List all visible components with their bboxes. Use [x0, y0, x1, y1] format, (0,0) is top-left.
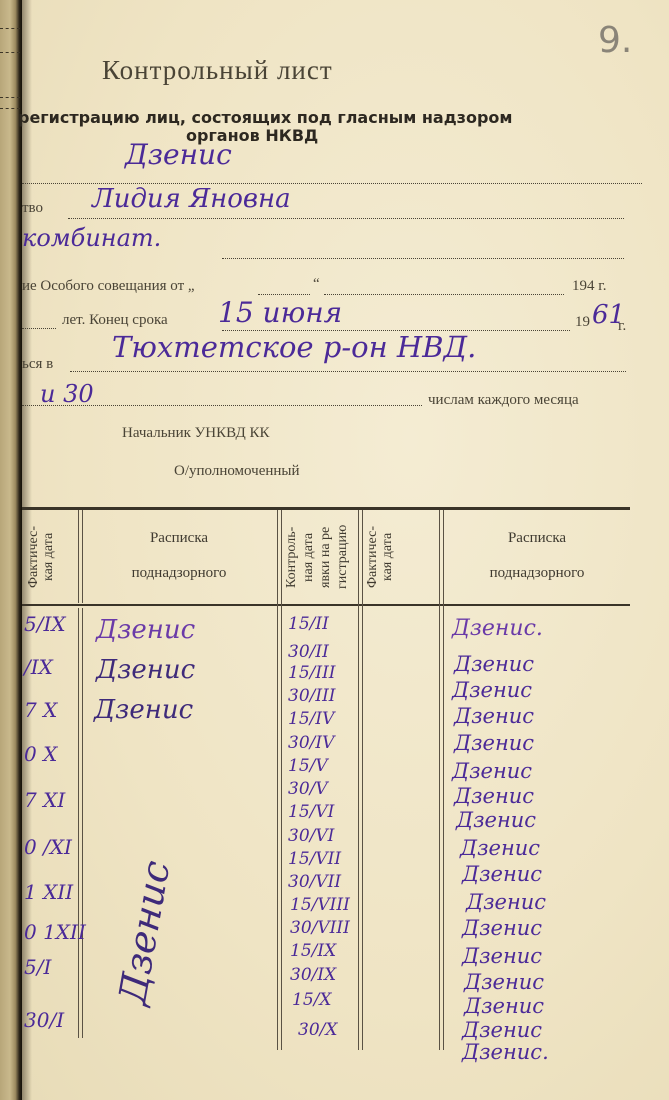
signature-cell: Дзенис	[464, 994, 544, 1018]
signature-cell: Дзенис	[464, 970, 544, 994]
header-control-date: Контроль- ная дата явки на ре гистрацию	[283, 512, 355, 602]
actual-date-cell: 30/I	[24, 1008, 64, 1032]
actual-date-cell: 0 /XI	[24, 835, 72, 859]
control-date-cell: 15/X	[292, 990, 331, 1010]
actual-date-cell: 0 X	[24, 742, 57, 766]
osoboe-month-line	[324, 294, 564, 295]
control-date-cell: 30/II	[288, 642, 329, 662]
name-label: тво	[22, 200, 43, 217]
osoboe-label: ие Особого совещания от „	[22, 278, 195, 295]
signature-cell: Дзенис	[460, 836, 540, 860]
signature-cell: Дзенис	[462, 1018, 542, 1042]
column-divider	[78, 608, 83, 1038]
header-actual-date-2: Фактичес- кая дата	[365, 512, 435, 602]
osoboe-quote-close: “	[313, 276, 320, 293]
header-receipt-1-line-1: Расписка	[82, 521, 276, 555]
register-line	[70, 371, 626, 372]
signature-cell: Дзенис	[452, 678, 532, 702]
control-date-cell: 15/VI	[288, 802, 334, 822]
page-number: 9.	[598, 20, 632, 61]
workplace-line	[222, 258, 624, 259]
name-value: Лидия Яновна	[92, 184, 291, 214]
signature-cell: Дзенис	[454, 704, 534, 728]
signature-cell: Дзенис.	[452, 616, 543, 641]
actual-date-cell: 7 XI	[24, 788, 65, 812]
control-date-cell: 30/IV	[288, 733, 334, 753]
control-date-cell: 15/VIII	[290, 895, 350, 915]
control-date-cell: 30/VI	[288, 826, 334, 846]
actual-date-cell: 7 X	[24, 698, 57, 722]
table-header-rule	[22, 604, 630, 606]
register-label: ься в	[22, 356, 53, 373]
term-year-prefix: 19	[575, 314, 590, 331]
signature-cell: Дзенис	[96, 615, 195, 645]
name-line	[68, 218, 624, 219]
control-date-cell: 15/V	[288, 756, 328, 776]
signature-cell: Дзенис	[456, 808, 536, 832]
header-receipt-2-line-1: Расписка	[444, 521, 630, 555]
signature-cell: Дзенис	[462, 916, 542, 940]
osoboe-year: 194 г.	[572, 278, 606, 295]
control-date-cell: 30/IX	[290, 965, 336, 985]
control-date-cell: 30/VIII	[290, 918, 350, 938]
signature-cell: Дзенис	[462, 944, 542, 968]
page-title: Контрольный лист	[102, 55, 333, 86]
book-binding	[0, 0, 22, 1100]
term-label: лет. Конец срока	[62, 312, 168, 329]
signature-cell: Дзенис	[452, 759, 532, 783]
control-date-cell: 30/X	[298, 1020, 337, 1040]
control-date-cell: 15/IV	[288, 709, 334, 729]
column-divider	[358, 510, 363, 1050]
signature-cell: Дзенис	[454, 784, 534, 808]
signature-cell: Дзенис	[454, 731, 534, 755]
control-date-cell: 30/V	[288, 779, 328, 799]
days-label: числам каждого месяца	[428, 392, 579, 409]
column-divider	[439, 510, 444, 1050]
binding-thread	[0, 28, 20, 29]
term-value: 15 июня	[218, 296, 342, 329]
signature-cell: Дзенис	[96, 655, 195, 685]
actual-date-cell: 5/IX	[24, 612, 66, 636]
table-top-rule	[22, 507, 630, 510]
control-date-cell: 15/IX	[290, 941, 336, 961]
days-line	[22, 405, 422, 406]
binding-thread	[0, 52, 20, 53]
register-value: Тюхтетское р-он НВД.	[112, 330, 476, 364]
chief-label: Начальник УНКВД КК	[122, 425, 270, 442]
officer-label: О/уполномоченный	[174, 463, 300, 480]
actual-date-cell: 1 XII	[24, 880, 73, 904]
term-years-line	[22, 328, 56, 329]
header-receipt-2-line-2: поднадзорного	[444, 556, 630, 590]
header-actual-date-1: Фактичес- кая дата	[26, 512, 62, 602]
actual-date-cell: 5/I	[24, 955, 51, 979]
signature-cell: Дзенис	[94, 695, 193, 725]
control-date-cell: 15/III	[288, 663, 336, 683]
binding-thread	[0, 97, 20, 98]
actual-date-cell: 0 1XII	[24, 920, 86, 944]
signature-cell: Дзенис	[466, 890, 546, 914]
signature-cell: Дзенис	[462, 862, 542, 886]
control-date-cell: 30/VII	[288, 872, 341, 892]
control-date-cell: 15/VII	[288, 849, 341, 869]
surname-value: Дзенис	[125, 138, 232, 171]
signature-cell: Дзенис.	[462, 1040, 549, 1064]
binding-thread	[0, 108, 20, 109]
header-receipt-1-line-2: поднадзорного	[82, 556, 276, 590]
subtitle-line-1: регистрацию лиц, состоящих под гласным н…	[18, 108, 512, 127]
term-year-suffix: г.	[618, 318, 626, 335]
control-date-cell: 15/II	[288, 614, 329, 634]
osoboe-day-line	[258, 294, 310, 295]
actual-date-cell: /IX	[24, 655, 53, 679]
workplace-value: комбинат.	[22, 224, 161, 252]
column-divider	[277, 510, 282, 1050]
days-value: и 30	[40, 380, 94, 408]
signature-cell: Дзенис	[454, 652, 534, 676]
control-date-cell: 30/III	[288, 686, 336, 706]
